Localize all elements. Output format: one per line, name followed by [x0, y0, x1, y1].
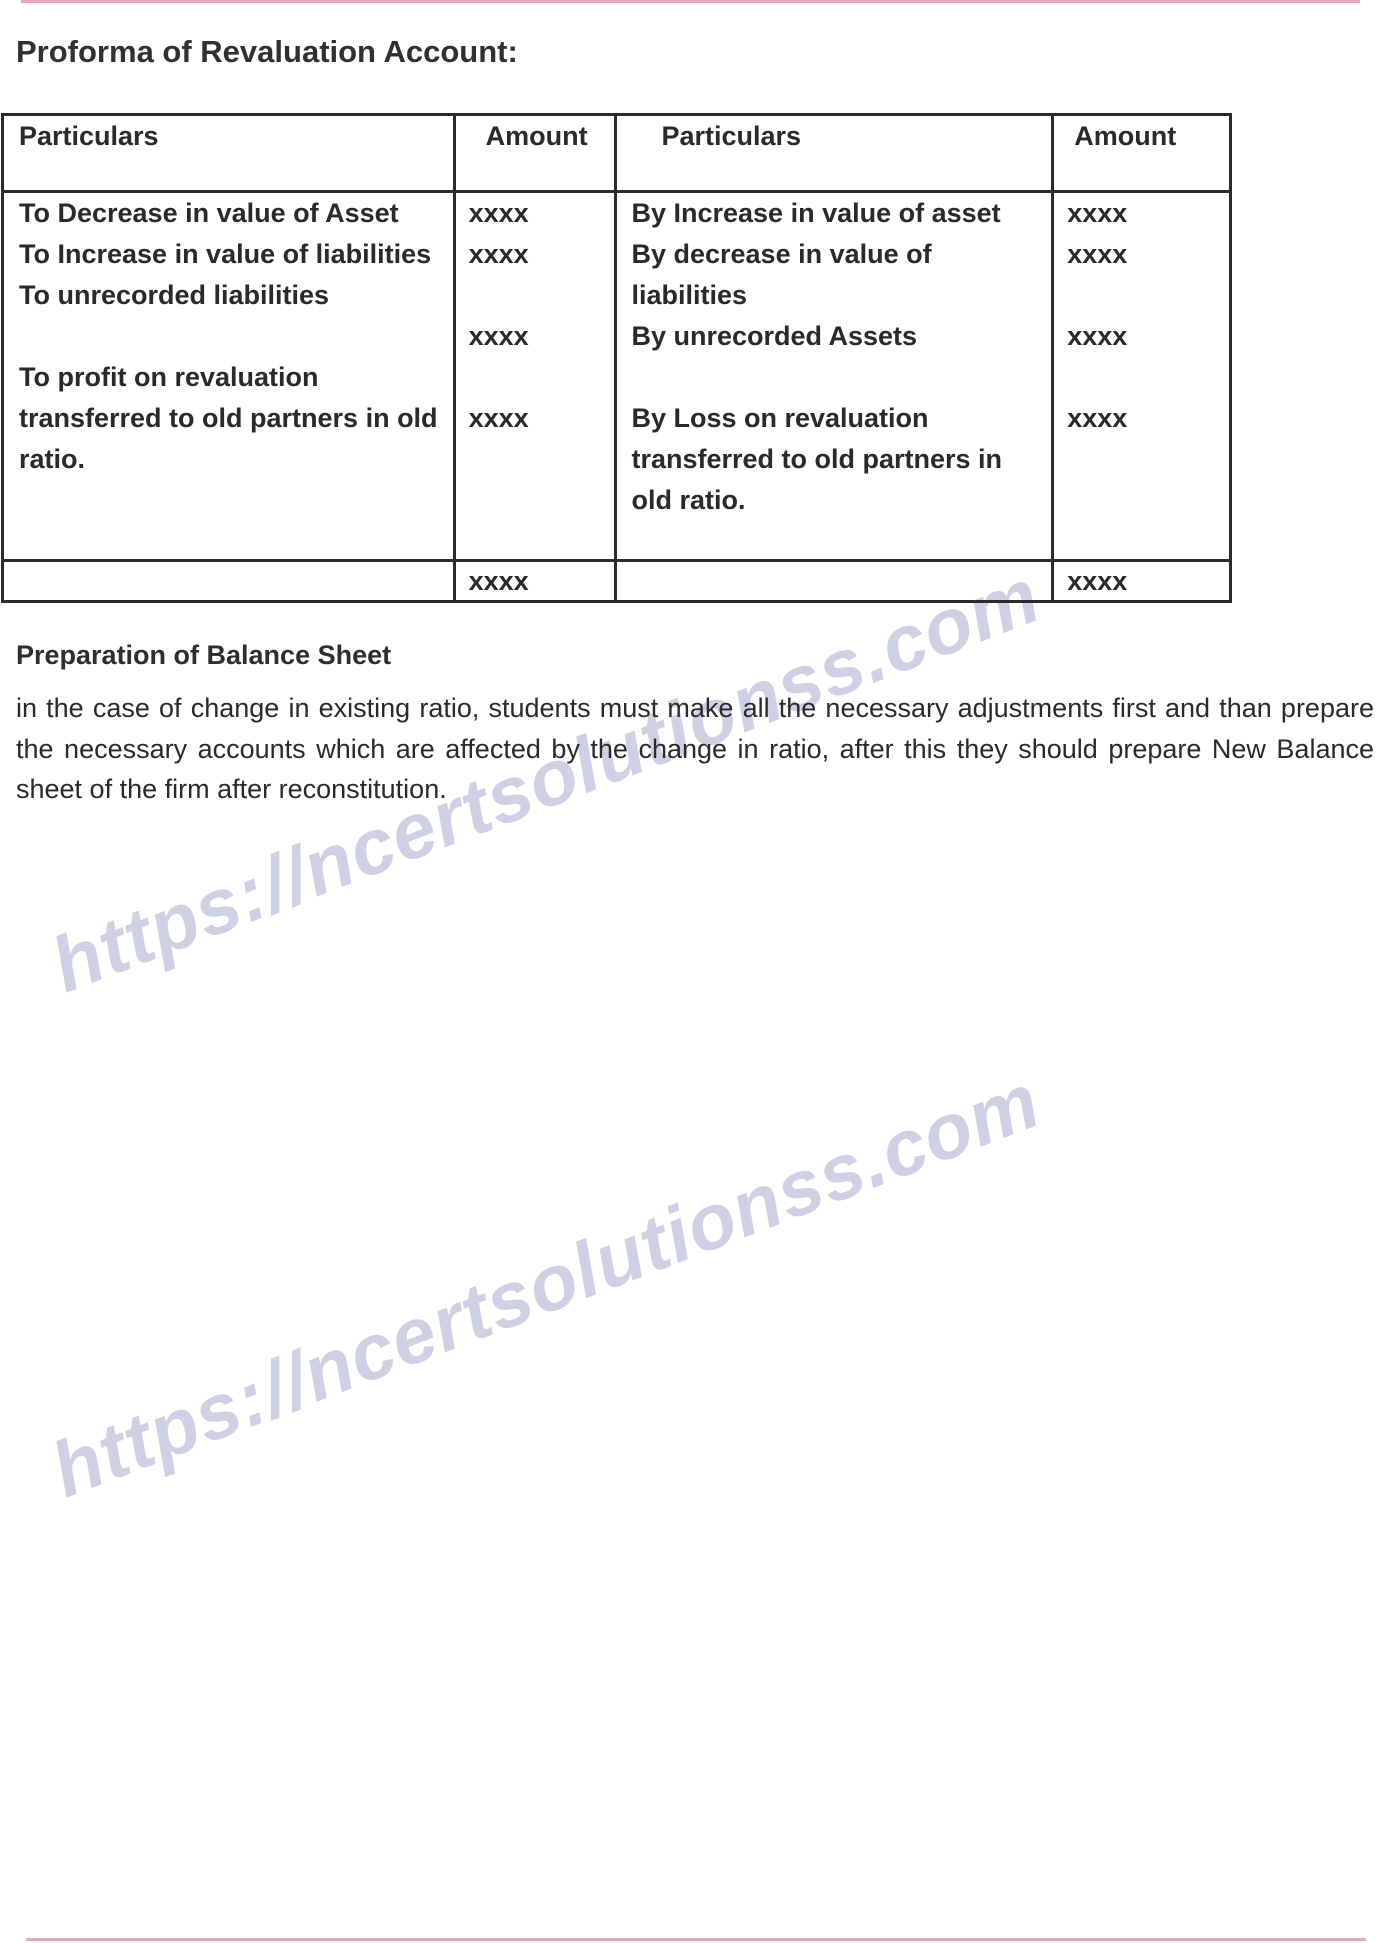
debit-amount: xxxx: [469, 398, 615, 439]
header-amount-credit: Amount: [1053, 115, 1231, 192]
credit-amount: xxxx: [1067, 398, 1229, 439]
debit-amount: xxxx: [469, 193, 615, 234]
total-amount-debit: xxxx: [454, 561, 616, 602]
credit-item: By Loss on revaluation transferred to ol…: [631, 398, 1045, 521]
header-particulars-credit: Particulars: [616, 115, 1053, 192]
debit-item: To Increase in value of liabilities: [19, 234, 447, 275]
table-header-row: Particulars Amount Particulars Amount: [3, 115, 1231, 192]
total-label-cell-debit: [3, 561, 455, 602]
total-amount-credit: xxxx: [1053, 561, 1231, 602]
credit-amount-cell: xxxx xxxx xxxx xxxx: [1053, 192, 1231, 561]
debit-item: To unrecorded liabilities: [19, 275, 447, 316]
top-border-line: [21, 0, 1360, 3]
page-title: Proforma of Revaluation Account:: [16, 34, 518, 70]
credit-amount: xxxx: [1067, 193, 1229, 234]
section-heading: Preparation of Balance Sheet: [16, 640, 391, 671]
debit-amount: xxxx: [469, 316, 615, 357]
credit-amount: xxxx: [1067, 316, 1229, 357]
section-paragraph: in the case of change in existing ratio,…: [16, 688, 1374, 810]
table-row: To Decrease in value of Asset To Increas…: [3, 192, 1231, 561]
header-particulars-debit: Particulars: [3, 115, 455, 192]
bottom-border-line: [26, 1938, 1366, 1941]
debit-item: To profit on revaluation transferred to …: [19, 357, 447, 480]
debit-amount: xxxx: [469, 234, 615, 275]
credit-amount: xxxx: [1067, 234, 1229, 275]
header-amount-debit: Amount: [454, 115, 616, 192]
credit-item: By unrecorded Assets: [631, 316, 1045, 357]
table-total-row: xxxx xxxx: [3, 561, 1231, 602]
watermark-text: https://ncertsolutionss.com: [39, 1055, 1052, 1516]
credit-item: By Increase in value of asset: [631, 193, 1045, 234]
credit-item: By decrease in value of liabilities: [631, 234, 1045, 316]
credit-particulars-cell: By Increase in value of asset By decreas…: [616, 192, 1053, 561]
debit-item: To Decrease in value of Asset: [19, 193, 447, 234]
debit-particulars-cell: To Decrease in value of Asset To Increas…: [3, 192, 455, 561]
debit-amount-cell: xxxx xxxx xxxx xxxx: [454, 192, 616, 561]
revaluation-account-table: Particulars Amount Particulars Amount To…: [1, 113, 1232, 603]
total-label-cell-credit: [616, 561, 1053, 602]
